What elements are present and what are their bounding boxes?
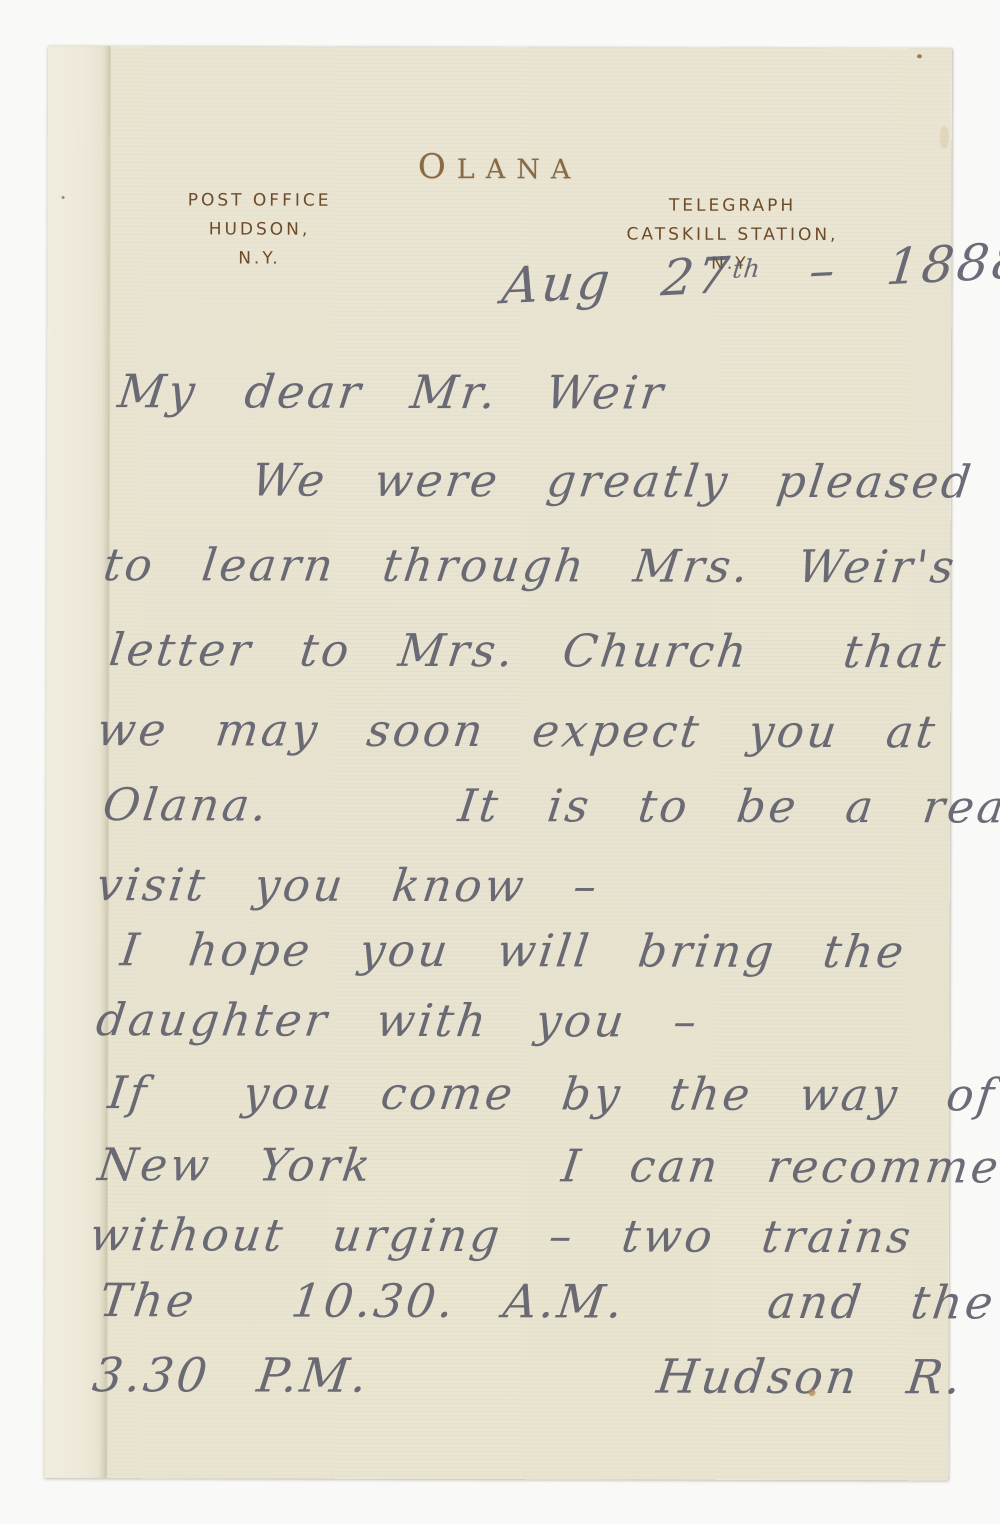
post-office-line: POST OFFICE: [140, 186, 380, 216]
date-day: Aug 27: [499, 246, 735, 315]
edge-stain: [940, 126, 949, 148]
foxing-spot: [808, 1389, 815, 1396]
post-office-state: N.Y.: [139, 244, 379, 274]
paper-speck: [917, 54, 922, 58]
handwritten-line: We were greatly pleased: [249, 454, 977, 509]
letter-paper: OLANA POST OFFICE HUDSON, N.Y. TELEGRAPH…: [44, 46, 952, 1480]
date-ordinal: th: [731, 254, 762, 284]
handwritten-line: letter to Mrs. Church that: [106, 623, 951, 678]
handwritten-line: I hope you will bring the: [118, 923, 910, 978]
handwritten-line: Olana. It is to be a real: [100, 778, 1000, 833]
handwritten-line: If you come by the way of: [105, 1066, 1000, 1121]
margin-speck: [62, 196, 65, 199]
letterhead-post-office-block: POST OFFICE HUDSON, N.Y.: [139, 186, 379, 274]
letterhead-estate-name: OLANA: [48, 146, 952, 188]
handwritten-line: we may soon expect you at: [94, 703, 941, 758]
handwritten-line: visit you know –: [94, 858, 603, 912]
telegraph-line: TELEGRAPH: [588, 191, 878, 221]
estate-name-rest: LANA: [457, 154, 582, 185]
handwritten-line: to learn through Mrs. Weir's: [101, 538, 960, 593]
salutation: My dear Mr. Weir: [115, 364, 669, 419]
scan-background: OLANA POST OFFICE HUDSON, N.Y. TELEGRAPH…: [0, 0, 1000, 1524]
estate-name-initial: O: [418, 147, 457, 187]
handwritten-line: New York I can recommend –: [95, 1138, 1000, 1194]
post-office-city: HUDSON,: [139, 215, 379, 245]
handwritten-line: The 10.30. A.M. and the: [97, 1273, 999, 1329]
handwritten-line: 3.30 P.M. Hudson R. R. R.: [89, 1348, 1000, 1406]
paper-fold-edge: [44, 46, 111, 1478]
handwritten-line: daughter with you –: [93, 993, 702, 1048]
handwritten-line: without urging – two trains: [87, 1208, 917, 1263]
